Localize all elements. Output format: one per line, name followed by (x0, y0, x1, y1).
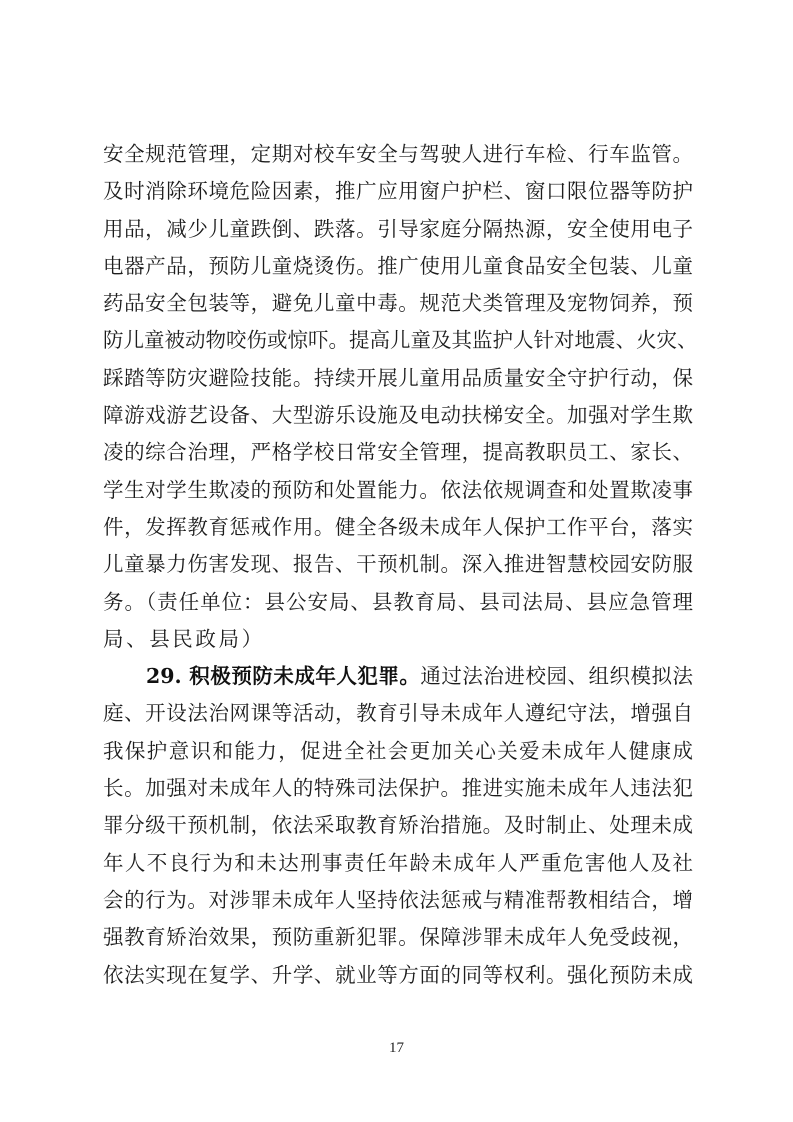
text-line: 件，发挥教育惩戒作用。健全各级未成年人保护工作平台，落实 (103, 509, 693, 546)
text-line: 通过法治进校园、组织模拟法 (420, 664, 693, 688)
text-line: 防儿童被动物咬伤或惊吓。提高儿童及其监护人针对地震、火灾、 (103, 322, 693, 359)
text-line: 我保护意识和能力，促进全社会更加关心关爱未成年人健康成 (103, 733, 693, 770)
text-line: 依法实现在复学、升学、就业等方面的同等权利。强化预防未成 (103, 957, 693, 994)
document-body: 安全规范管理，定期对校车安全与驾驶人进行车检、行车监管。 及时消除环境危险因素，… (103, 136, 693, 994)
text-line: 罪分级干预机制，依法采取教育矫治措施。及时制止、处理未成 (103, 807, 693, 844)
section-29: 29. 积极预防未成年人犯罪。通过法治进校园、组织模拟法 庭、开设法治网课等活动… (103, 658, 693, 994)
text-line: 庭、开设法治网课等活动，教育引导未成年人遵纪守法，增强自 (103, 695, 693, 732)
section-heading: 29. 积极预防未成年人犯罪。 (146, 664, 420, 688)
text-line: 踩踏等防灾避险技能。持续开展儿童用品质量安全守护行动，保 (103, 360, 693, 397)
paragraph-continuation: 安全规范管理，定期对校车安全与驾驶人进行车检、行车监管。 及时消除环境危险因素，… (103, 136, 693, 658)
text-line: 儿童暴力伤害发现、报告、干预机制。深入推进智慧校园安防服 (103, 546, 693, 583)
text-line: 用品，减少儿童跌倒、跌落。引导家庭分隔热源，安全使用电子 (103, 211, 693, 248)
text-line: 障游戏游艺设备、大型游乐设施及电动扶梯安全。加强对学生欺 (103, 397, 693, 434)
text-line: 电器产品，预防儿童烧烫伤。推广使用儿童食品安全包装、儿童 (103, 248, 693, 285)
text-line: 学生对学生欺凌的预防和处置能力。依法依规调查和处置欺凌事 (103, 472, 693, 509)
text-line: 长。加强对未成年人的特殊司法保护。推进实施未成年人违法犯 (103, 770, 693, 807)
section-29-first-line: 29. 积极预防未成年人犯罪。通过法治进校园、组织模拟法 (103, 658, 693, 695)
text-line: 药品安全包装等，避免儿童中毒。规范犬类管理及宠物饲养，预 (103, 285, 693, 322)
page-number: 17 (0, 1040, 793, 1057)
text-line: 凌的综合治理，严格学校日常安全管理，提高教职员工、家长、 (103, 434, 693, 471)
text-line: 及时消除环境危险因素，推广应用窗户护栏、窗口限位器等防护 (103, 173, 693, 210)
text-line: 年人不良行为和未达刑事责任年龄未成年人严重危害他人及社 (103, 845, 693, 882)
text-line-responsible-units: 局、县民政局） (103, 621, 693, 658)
text-line: 强教育矫治效果，预防重新犯罪。保障涉罪未成年人免受歧视， (103, 919, 693, 956)
text-line: 安全规范管理，定期对校车安全与驾驶人进行车检、行车监管。 (103, 136, 693, 173)
text-line: 会的行为。对涉罪未成年人坚持依法惩戒与精准帮教相结合，增 (103, 882, 693, 919)
text-line: 务。（责任单位：县公安局、县教育局、县司法局、县应急管理 (103, 584, 693, 621)
